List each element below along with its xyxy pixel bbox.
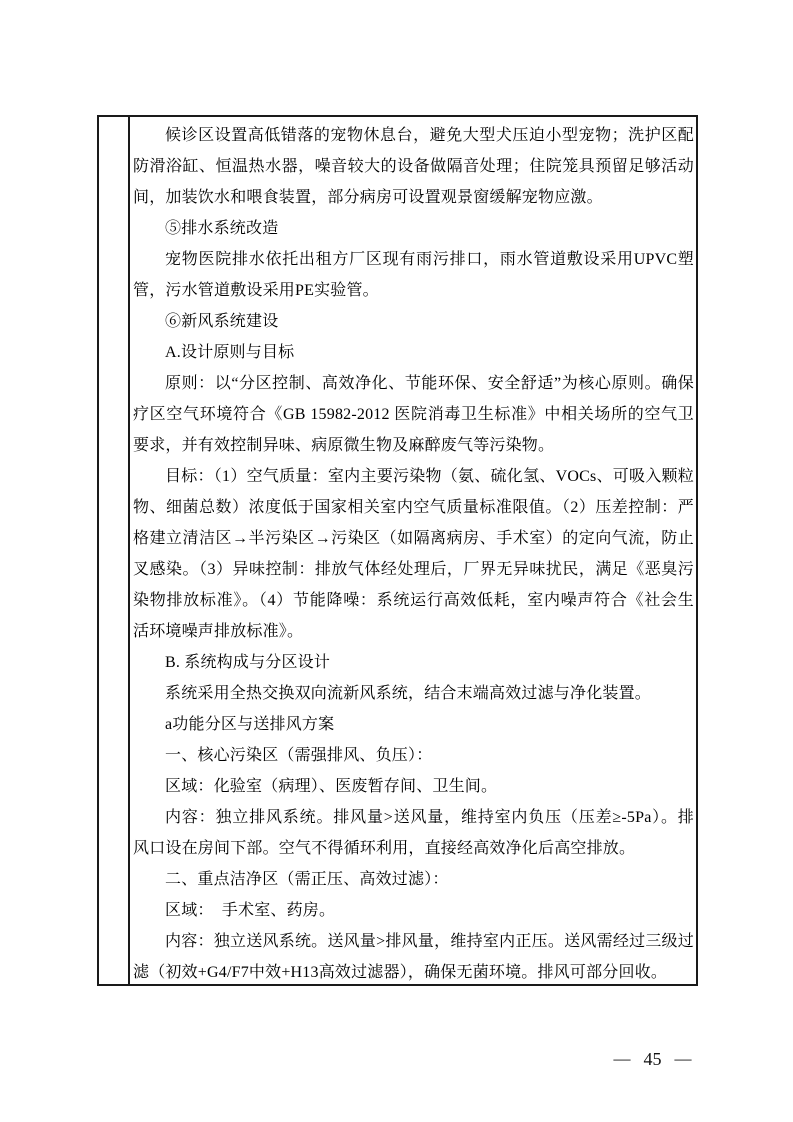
text-line: 区域： 手术室、药房。 bbox=[133, 895, 694, 926]
text-line: 原则：以“分区控制、高效净化、节能环保、安全舒适”为核心原则。确保诊 bbox=[133, 368, 694, 399]
text-line: 叉感染。（3）异味控制：排放气体经处理后，厂界无异味扰民，满足《恶臭污 bbox=[133, 554, 694, 585]
text-line: B. 系统构成与分区设计 bbox=[133, 647, 694, 678]
text-line: 候诊区设置高低错落的宠物休息台，避免大型犬压迫小型宠物；洗护区配备 bbox=[133, 120, 694, 151]
text-line: 疗区空气环境符合《GB 15982-2012 医院消毒卫生标准》中相关场所的空气… bbox=[133, 399, 694, 430]
footer-dash-left: — bbox=[614, 1049, 631, 1069]
text-line: ⑤排水系统改造 bbox=[133, 213, 694, 244]
footer-dash-right: — bbox=[675, 1049, 692, 1069]
text-line: 物、细菌总数）浓度低于国家相关室内空气质量标准限值。（2）压差控制：严 bbox=[133, 492, 694, 523]
text-line: 活环境噪声排放标准》。 bbox=[133, 616, 694, 647]
document-page: 候诊区设置高低错落的宠物休息台，避免大型犬压迫小型宠物；洗护区配备防滑浴缸、恒温… bbox=[0, 0, 793, 1122]
text-line: 染物排放标准》。（4）节能降噪：系统运行高效低耗，室内噪声符合《社会生 bbox=[133, 585, 694, 616]
text-line: a功能分区与送排风方案 bbox=[133, 709, 694, 740]
page-footer: — 45 — bbox=[560, 1044, 745, 1074]
text-line: 格建立清洁区→半污染区→污染区（如隔离病房、手术室）的定向气流，防止交 bbox=[133, 523, 694, 554]
table-frame: 候诊区设置高低错落的宠物休息台，避免大型犬压迫小型宠物；洗护区配备防滑浴缸、恒温… bbox=[97, 115, 698, 986]
text-line: A.设计原则与目标 bbox=[133, 337, 694, 368]
text-line: 内容：独立送风系统。送风量>排风量，维持室内正压。送风需经过三级过 bbox=[133, 926, 694, 957]
text-line: 二、重点洁净区（需正压、高效过滤）： bbox=[133, 864, 694, 895]
text-line: 系统采用全热交换双向流新风系统，结合末端高效过滤与净化装置。 bbox=[133, 678, 694, 709]
text-line: 目标：（1）空气质量：室内主要污染物（氨、硫化氢、VOCs、可吸入颗粒 bbox=[133, 461, 694, 492]
text-line: 间，加装饮水和喂食装置，部分病房可设置观景窗缓解宠物应激。 bbox=[133, 182, 694, 213]
text-line: 一、核心污染区（需强排风、负压）： bbox=[133, 740, 694, 771]
text-line: 管，污水管道敷设采用PE实验管。 bbox=[133, 275, 694, 306]
text-line: 区域：化验室（病理）、医废暂存间、卫生间。 bbox=[133, 771, 694, 802]
text-line: 内容：独立排风系统。排风量>送风量，维持室内负压（压差≥-5Pa）。排 bbox=[133, 802, 694, 833]
page-number: 45 bbox=[644, 1049, 662, 1070]
text-line: 宠物医院排水依托出租方厂区现有雨污排口，雨水管道敷设采用UPVC塑料 bbox=[133, 244, 694, 275]
text-line: 滤（初效+G4/F7中效+H13高效过滤器），确保无菌环境。排风可部分回收。 bbox=[133, 957, 694, 984]
table-left-column-empty bbox=[99, 117, 130, 984]
text-line: ⑥新风系统建设 bbox=[133, 306, 694, 337]
text-line: 风口设在房间下部。空气不得循环利用，直接经高效净化后高空排放。 bbox=[133, 833, 694, 864]
text-line: 防滑浴缸、恒温热水器，噪音较大的设备做隔音处理；住院笼具预留足够活动空 bbox=[133, 151, 694, 182]
table-content-cell: 候诊区设置高低错落的宠物休息台，避免大型犬压迫小型宠物；洗护区配备防滑浴缸、恒温… bbox=[130, 117, 696, 984]
text-line: 要求，并有效控制异味、病原微生物及麻醉废气等污染物。 bbox=[133, 430, 694, 461]
